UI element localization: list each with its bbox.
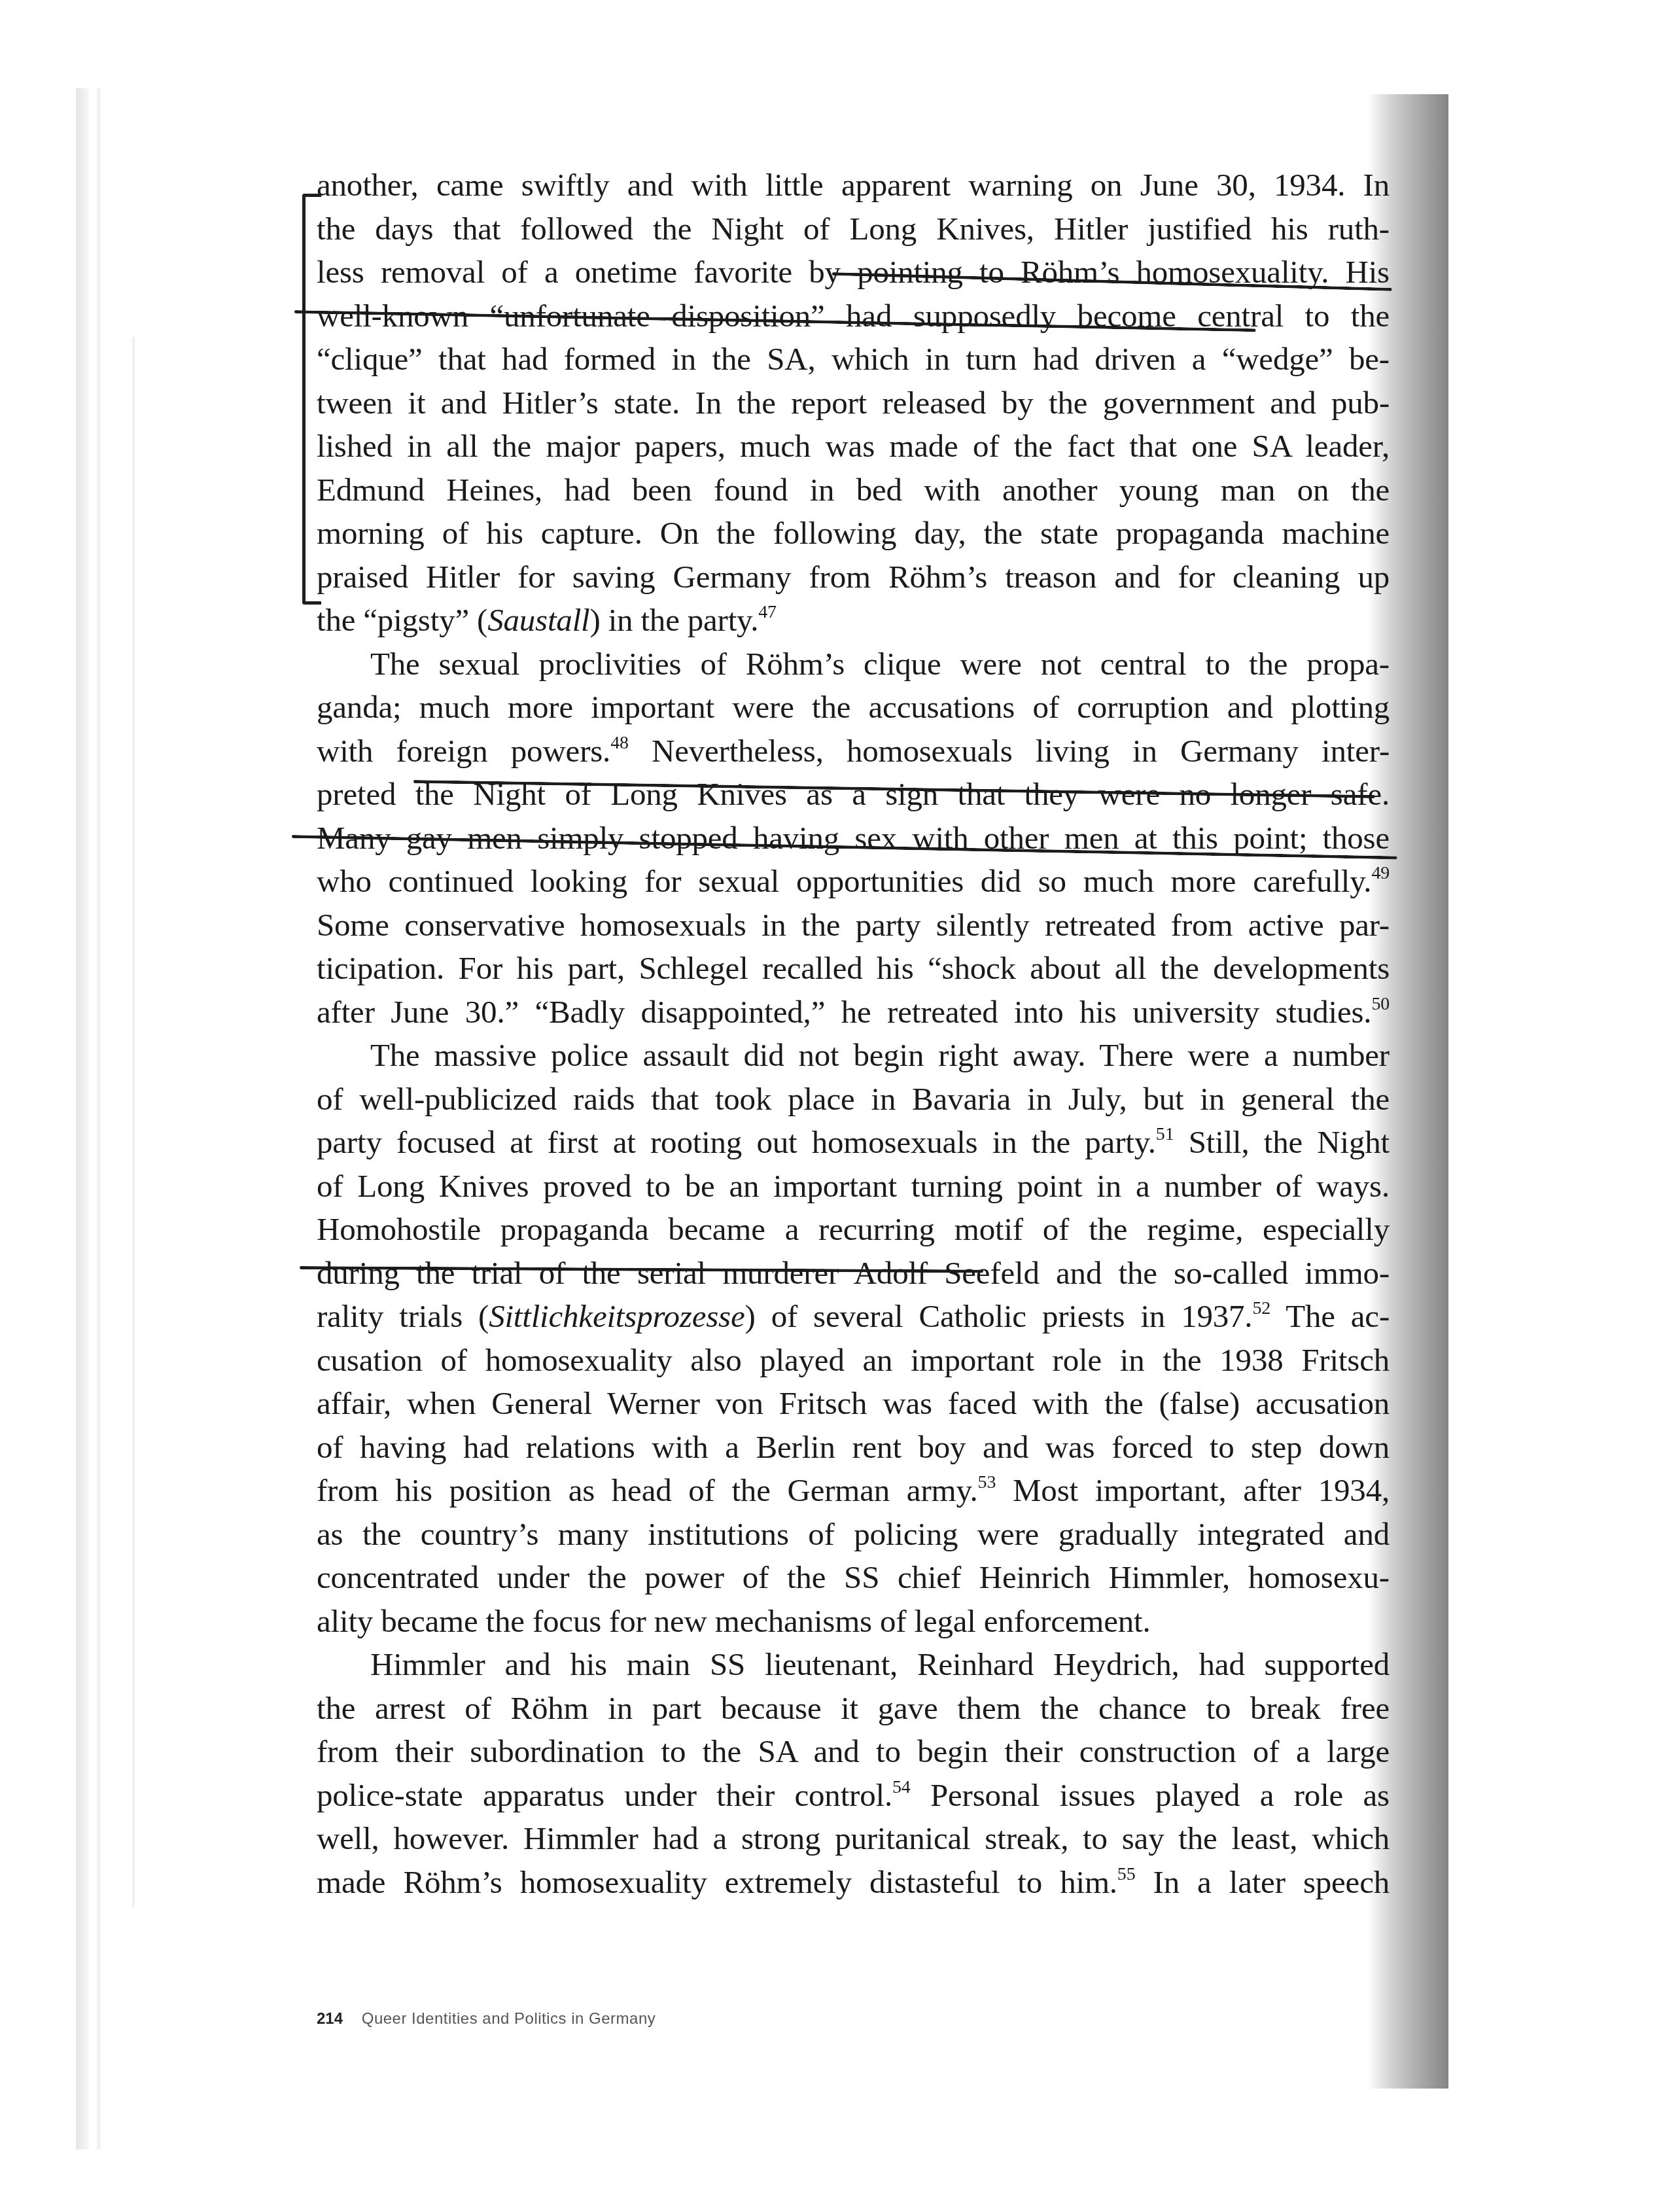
text-line: made Röhm’s homosexuality extremely dist… [317, 1861, 1390, 1905]
footnote-ref[interactable]: 53 [978, 1472, 996, 1492]
text-line: affair, when General Werner von Fritsch … [317, 1382, 1390, 1426]
text-line: another, came swiftly and with little ap… [317, 164, 1390, 207]
paragraph: The sexual proclivities of Röhm’s clique… [317, 643, 1390, 1034]
page-number: 214 [317, 2010, 343, 2028]
text-line: from their subordination to the SA and t… [317, 1730, 1390, 1774]
text-line: Some conservative homosexuals in the par… [317, 904, 1390, 947]
text-line: “clique” that had formed in the SA, whic… [317, 338, 1390, 381]
text-line: praised Hitler for saving Germany from R… [317, 556, 1390, 599]
text-line: cusation of homosexuality also played an… [317, 1339, 1390, 1383]
text-line: ganda; much more important were the accu… [317, 686, 1390, 730]
text-line: rality trials (Sittlichkeitsprozesse) of… [317, 1295, 1390, 1339]
text-line: lished in all the major papers, much was… [317, 425, 1390, 468]
text-line: party focused at first at rooting out ho… [317, 1121, 1390, 1165]
text-line: morning of his capture. On the following… [317, 512, 1390, 556]
text-line: the days that followed the Night of Long… [317, 207, 1390, 251]
text-line: well-known “unfortunate disposition” had… [317, 294, 1390, 338]
text-line: with foreign powers.48 Nevertheless, hom… [317, 730, 1390, 773]
text-line: tween it and Hitler’s state. In the repo… [317, 381, 1390, 425]
text-line: well, however. Himmler had a strong puri… [317, 1817, 1390, 1861]
footnote-ref[interactable]: 48 [610, 733, 629, 753]
paragraph: The massive police assault did not begin… [317, 1034, 1390, 1643]
text-line: police-state apparatus under their contr… [317, 1774, 1390, 1818]
gutter-streak [76, 88, 89, 2149]
footnote-ref[interactable]: 51 [1156, 1124, 1174, 1144]
text-line: the “pigsty” (Saustall) in the party.47 [317, 599, 1390, 643]
running-title: Queer Identities and Politics in Germany [362, 2010, 656, 2028]
text-line: Edmund Heines, had been found in bed wit… [317, 468, 1390, 512]
book-page-body: another, came swiftly and with little ap… [317, 164, 1390, 1904]
text-line: of Long Knives proved to be an important… [317, 1165, 1390, 1209]
gutter-streak [97, 88, 101, 2149]
text-line: preted the Night of Long Knives as a sig… [317, 773, 1390, 817]
footnote-ref[interactable]: 50 [1371, 994, 1390, 1014]
text-line: who continued looking for sexual opportu… [317, 860, 1390, 904]
text-line: after June 30.” “Badly disappointed,” he… [317, 991, 1390, 1034]
paragraph: Himmler and his main SS lieutenant, Rein… [317, 1643, 1390, 1904]
text-line: the arrest of Röhm in part because it ga… [317, 1687, 1390, 1731]
footnote-ref[interactable]: 54 [892, 1777, 911, 1797]
footnote-ref[interactable]: 55 [1117, 1864, 1136, 1884]
text-line: from his position as head of the German … [317, 1469, 1390, 1513]
footnote-ref[interactable]: 49 [1371, 863, 1390, 883]
text-line: Himmler and his main SS lieutenant, Rein… [317, 1643, 1390, 1687]
footnote-ref[interactable]: 52 [1252, 1298, 1270, 1318]
text-line: as the country’s many institutions of po… [317, 1513, 1390, 1557]
footnote-ref[interactable]: 47 [758, 602, 777, 622]
text-line: The massive police assault did not begin… [317, 1034, 1390, 1078]
text-line: Many gay men simply stopped having sex w… [317, 817, 1390, 860]
italic-term: Saustall [487, 602, 589, 638]
text-line: ality became the focus for new mechanism… [317, 1600, 1390, 1644]
text-line: of having had relations with a Berlin re… [317, 1426, 1390, 1470]
page-footer: 214 Queer Identities and Politics in Ger… [317, 2010, 656, 2028]
italic-term: Sittlichkeitsprozesse [489, 1298, 744, 1334]
text-line: less removal of a onetime favorite by po… [317, 251, 1390, 294]
text-line: Homohostile propaganda became a recurrin… [317, 1208, 1390, 1252]
text-line: during the trial of the serial murderer … [317, 1252, 1390, 1296]
text-line: concentrated under the power of the SS c… [317, 1556, 1390, 1600]
scan-gutter-shadow-left [76, 88, 135, 2149]
gutter-streak [132, 337, 135, 1907]
text-line: of well-publicized raids that took place… [317, 1078, 1390, 1121]
text-line: The sexual proclivities of Röhm’s clique… [317, 643, 1390, 686]
paragraph: another, came swiftly and with little ap… [317, 164, 1390, 643]
text-line: ticipation. For his part, Schlegel recal… [317, 947, 1390, 991]
